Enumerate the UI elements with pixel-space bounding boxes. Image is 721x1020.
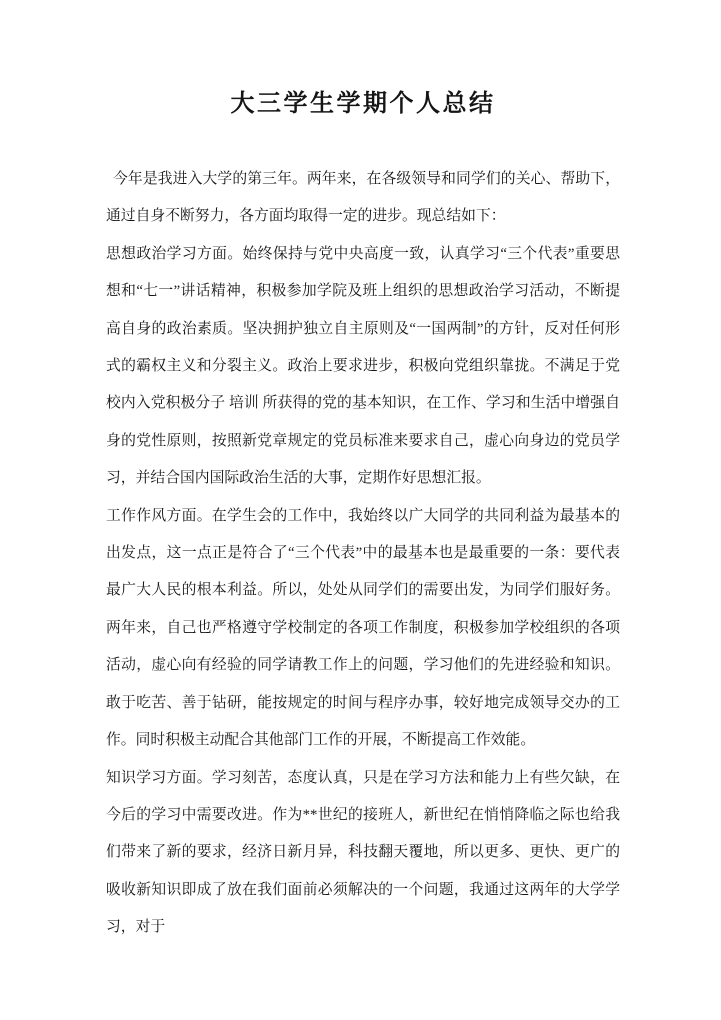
paragraph-intro: 今年是我进入大学的第三年。两年来，在各级领导和同学们的关心、帮助下，通过自身不断… xyxy=(106,161,620,236)
document-body: 今年是我进入大学的第三年。两年来，在各级领导和同学们的关心、帮助下，通过自身不断… xyxy=(106,161,620,947)
paragraph-political-study: 思想政治学习方面。始终保持与党中央高度一致，认真学习“三个代表”重要思想和“七一… xyxy=(106,236,620,498)
document-title: 大三学生学期个人总结 xyxy=(106,88,620,120)
paragraph-knowledge-study: 知识学习方面。学习刻苦，态度认真，只是在学习方法和能力上有些欠缺，在今后的学习中… xyxy=(106,760,620,947)
document-page: 大三学生学期个人总结 今年是我进入大学的第三年。两年来，在各级领导和同学们的关心… xyxy=(0,0,721,1020)
paragraph-work-style: 工作作风方面。在学生会的工作中，我始终以广大同学的共同利益为最基本的出发点，这一… xyxy=(106,498,620,760)
